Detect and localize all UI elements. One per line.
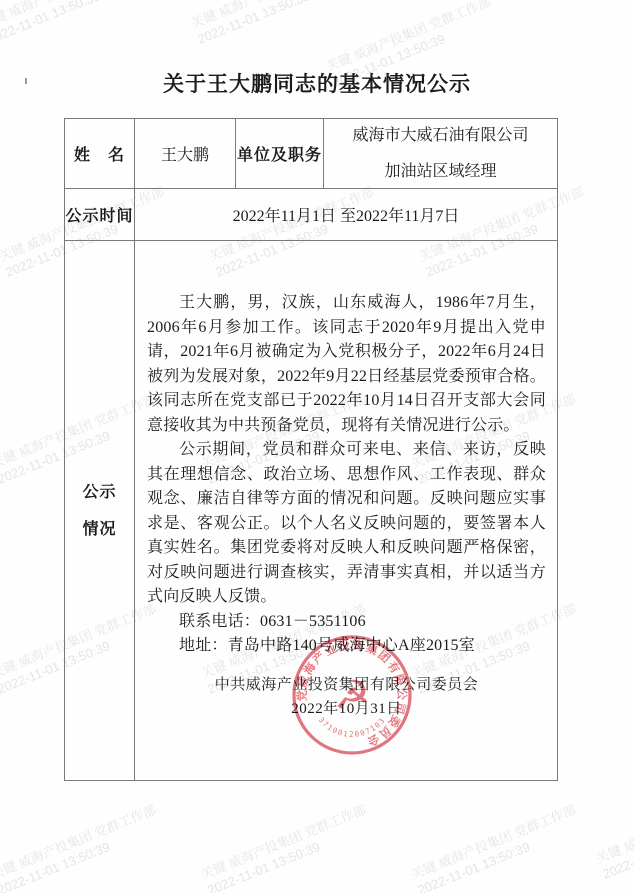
table-row-details: 公示 情况 王大鹏，男，汉族，山东威海人，1986年7月生，2006年6月参加工…: [65, 241, 558, 781]
details-content: 王大鹏，男，汉族，山东威海人，1986年7月生，2006年6月参加工作。该同志于…: [135, 241, 558, 781]
table-row-name: 姓 名 王大鹏 单位及职务 威海市大威石油有限公司 加油站区域经理: [65, 119, 558, 189]
watermark-tile: 关键 威海产投集团 党群工作部2022-11-01 13:50:39: [409, 801, 585, 893]
details-label: 公示 情况: [65, 241, 135, 781]
unit-role: 加油站区域经理: [324, 162, 557, 182]
paragraph-feedback: 公示期间，党员和群众可来电、来信、来访，反映其在理想信念、政治立场、思想作风、工…: [147, 438, 546, 610]
contact-address: 地址：青岛中路140号威海中心A座2015室: [147, 634, 546, 659]
name-value: 王大鹏: [135, 119, 236, 189]
unit-position-value: 威海市大威石油有限公司 加油站区域经理: [324, 119, 558, 189]
issue-date: 2022年10月31日: [147, 697, 546, 722]
info-table: 姓 名 王大鹏 单位及职务 威海市大威石油有限公司 加油站区域经理 公示时间 2…: [64, 118, 558, 781]
period-label: 公示时间: [65, 189, 135, 241]
watermark-tile: 关键 威海产投集团 党群工作部2022-11-01 13:50:39: [0, 0, 155, 48]
period-value: 2022年11月1日 至2022年11月7日: [135, 189, 558, 241]
contact-phone: 联系电话：0631－5351106: [147, 610, 546, 635]
watermark-tile: 关键 威海产投集团 党群工作部2022-11-01 13:50:39: [189, 0, 365, 48]
watermark-tile: 关键 威海产投集团 党群工作部2022-11-01 13:50:39: [199, 801, 375, 893]
watermark-tile: 关键 威海产投集团 党群工作部2022-11-01 13:50:39: [594, 785, 634, 883]
document-page: 关键 威海产投集团 党群工作部2022-11-01 13:50:39关键 威海产…: [0, 0, 634, 893]
unit-position-label: 单位及职务: [236, 119, 324, 189]
issuing-committee: 中共威海产业投资集团有限公司委员会: [147, 673, 546, 698]
document-title: 关于王大鹏同志的基本情况公示: [0, 68, 634, 98]
name-label: 姓 名: [65, 119, 135, 189]
details-label-line1: 公示: [65, 474, 134, 511]
details-label-line2: 情况: [65, 511, 134, 548]
paragraph-biography: 王大鹏，男，汉族，山东威海人，1986年7月生，2006年6月参加工作。该同志于…: [147, 291, 546, 438]
watermark-tile: 关键 威海产投集团 党群工作部2022-11-01 13:50:39: [0, 801, 165, 893]
table-row-period: 公示时间 2022年11月1日 至2022年11月7日: [65, 189, 558, 241]
unit-company: 威海市大威石油有限公司: [324, 126, 557, 146]
signature-block: 中共威海产业投资集团有限公司委员会 2022年10月31日: [147, 673, 546, 722]
